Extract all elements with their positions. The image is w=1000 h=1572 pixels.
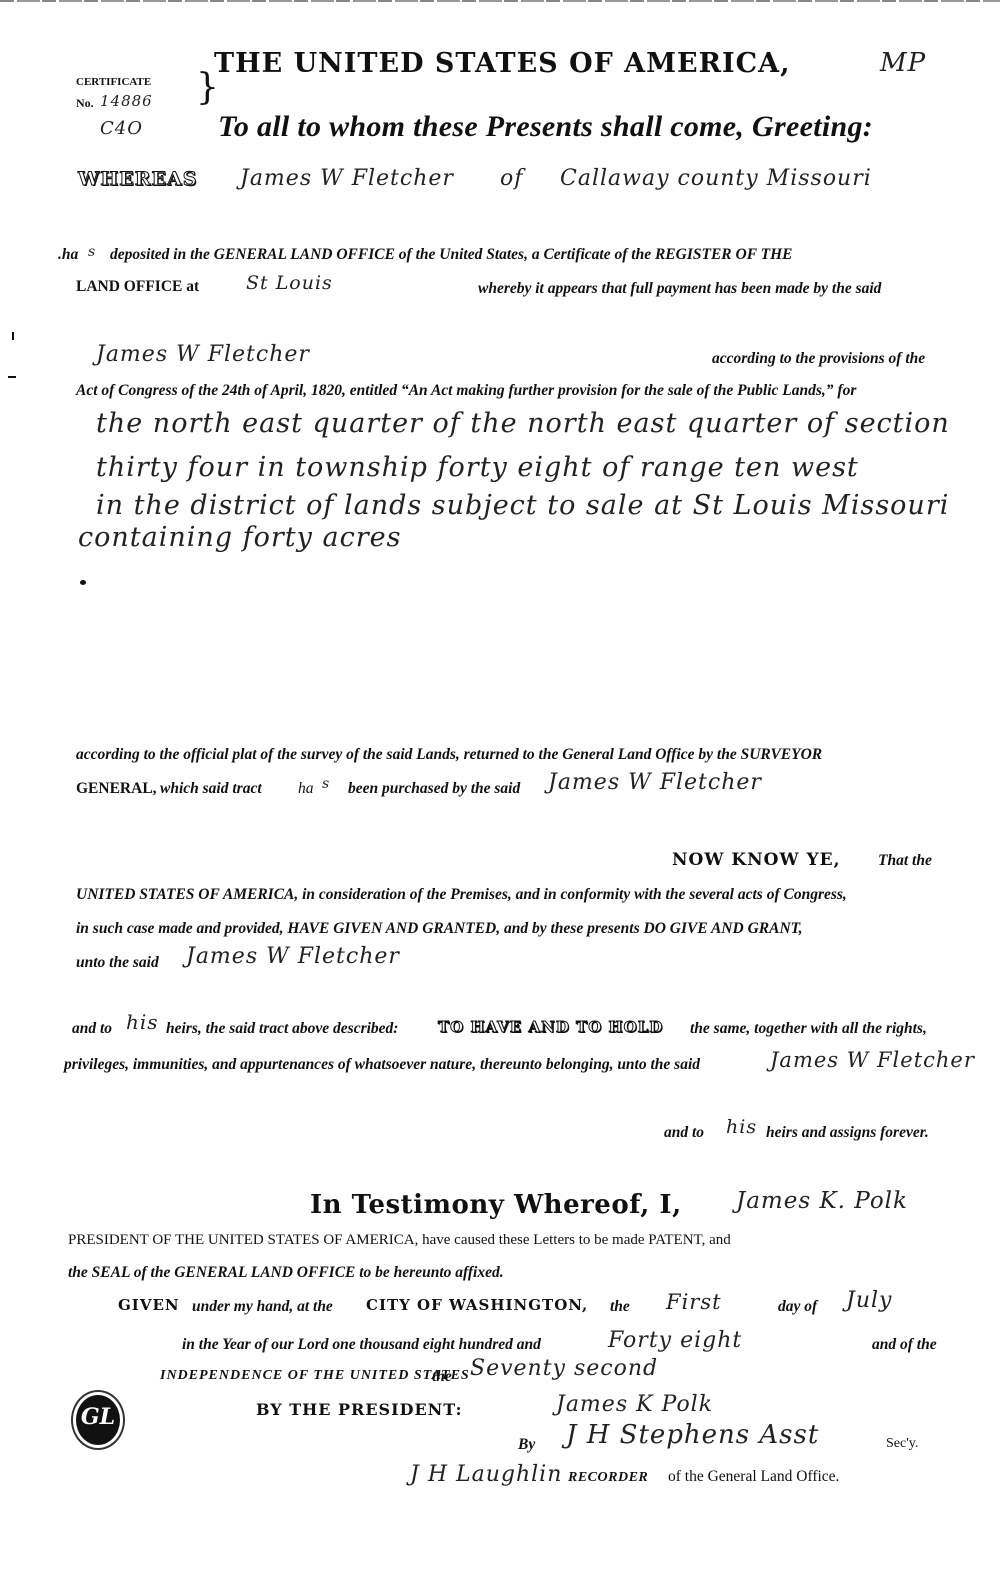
city-of-washington: CITY OF WASHINGTON, [366,1296,588,1314]
certificate-number: 14886 [100,92,153,110]
land-description-line: the north east quarter of the north east… [96,408,950,439]
day-of: day of [778,1298,817,1316]
recorder-label: RECORDER [568,1470,648,1486]
recorder-signature: J H Laughlin [410,1462,562,1487]
land-office-at-label: LAND OFFICE at [76,278,199,296]
land-description-line: containing forty acres [78,522,401,553]
top-border-line [0,0,1000,2]
survey-purchaser: James W Fletcher [548,770,762,795]
whereas-label: WHEREAS [78,168,198,190]
survey-ha: ha [298,780,314,798]
recorder-rest: of the General Land Office. [668,1468,839,1486]
certificate-number-label: No. [76,96,94,111]
whereas-grantee: James W Fletcher [240,166,454,191]
under-my-hand: under my hand, at the [192,1298,333,1316]
secretary-signature: J H Stephens Asst [566,1420,819,1450]
act-of-congress-text: Act of Congress of the 24th of April, 18… [76,382,856,400]
given-the: the [610,1298,630,1316]
month-value: July [846,1288,892,1313]
land-patent-document: CERTIFICATE No. 14886 } C4O MP THE UNITE… [0,0,1000,1572]
survey-ha-suffix: s [322,776,330,792]
survey-text-1: according to the official plat of the su… [76,746,822,764]
survey-purchased: been purchased by the said [348,780,520,798]
habendum-and-to: and to [72,1020,112,1038]
year-value: Forty eight [608,1328,742,1353]
land-description-line: thirty four in township forty eight of r… [96,452,859,483]
habendum-grantee: James W Fletcher [770,1048,975,1072]
certificate-label: CERTIFICATE [76,76,151,88]
deposit-ha: .ha [58,246,78,264]
habendum-heirs-text: heirs, the said tract above described: [166,1020,398,1038]
and-of-the: and of the [872,1336,937,1354]
deposit-text-2: whereby it appears that full payment has… [478,280,881,298]
habendum-rest: the same, together with all the rights, [690,1020,927,1038]
given-label: GIVEN [118,1296,180,1314]
unto-the-said: unto the said [76,954,159,972]
provisions-text: according to the provisions of the [712,350,925,368]
in-testimony-heading: In Testimony Whereof, I, [310,1190,682,1220]
final-and-to: and to [664,1124,704,1142]
grant-line-3: in such case made and provided, HAVE GIV… [76,920,803,938]
that-the: That the [878,852,932,870]
grant-line-2: UNITED STATES OF AMERICA, in considerati… [76,886,847,904]
year-text: in the Year of our Lord one thousand eig… [182,1336,541,1354]
testimony-line-2: the SEAL of the GENERAL LAND OFFICE to b… [68,1264,504,1282]
testimony-line-1: PRESIDENT OF THE UNITED STATES OF AMERIC… [68,1232,731,1249]
secretary-label: Sec'y. [886,1436,918,1452]
survey-general: GENERAL, [76,780,157,798]
to-have-and-to-hold: TO HAVE AND TO HOLD [438,1018,663,1036]
independence-year-value: Seventy second [470,1356,658,1381]
deposit-ha-suffix: s [88,244,96,260]
independence-label: INDEPENDENCE OF THE UNITED STATES [160,1368,470,1384]
final-rest: heirs and assigns forever. [766,1124,929,1142]
whereas-county: Callaway county Missouri [560,166,872,191]
given-the-2: the [432,1368,452,1386]
habendum-his: his [126,1010,159,1034]
by-label: By [518,1436,535,1454]
margin-note: C4O [100,118,143,139]
land-office-location: St Louis [246,272,333,294]
payer-name: James W Fletcher [96,342,310,367]
whereas-of: of [500,166,523,191]
general-land-office-seal-icon: GL [76,1395,120,1445]
land-description-line: in the district of lands subject to sale… [96,490,949,521]
testimony-president: James K. Polk [736,1188,908,1214]
president-signature: James K Polk [556,1392,713,1417]
final-his: his [726,1116,757,1138]
habendum-line-2: privileges, immunities, and appurtenance… [64,1056,700,1074]
corner-initials: MP [880,48,926,78]
grant-grantee: James W Fletcher [186,944,400,969]
greeting: To all to whom these Presents shall come… [218,110,873,144]
margin-mark [8,376,16,378]
margin-mark [12,332,14,340]
deposit-text-1: deposited in the GENERAL LAND OFFICE of … [110,246,792,264]
day-value: First [666,1290,722,1314]
ink-dot [80,580,86,585]
document-title: THE UNITED STATES OF AMERICA, [214,48,791,79]
by-the-president: BY THE PRESIDENT: [256,1400,463,1419]
survey-which-tract: which said tract [160,780,262,798]
now-know-ye: NOW KNOW YE, [672,850,841,870]
